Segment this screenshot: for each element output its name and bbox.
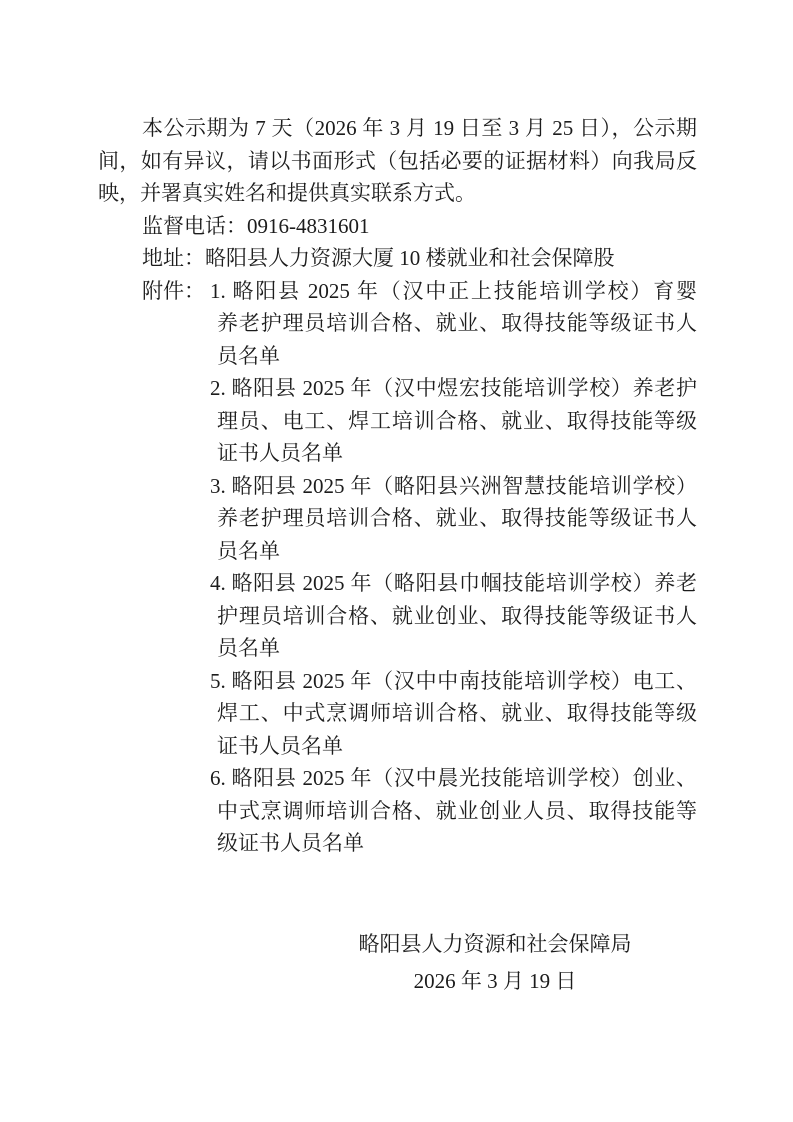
attachments-label: 附件： — [142, 275, 205, 308]
attachment-item-line: 员名单 — [98, 632, 697, 665]
attachment-item-number: 5. — [210, 669, 231, 693]
attachment-item-text: 略阳县 2025 年（略阳县巾帼技能培训学校）养老 — [231, 571, 697, 595]
attachment-item-line: 3.略阳县 2025 年（略阳县兴洲智慧技能培训学校） — [98, 470, 697, 503]
attachment-item-number: 4. — [210, 571, 231, 595]
attachment-item-line: 员名单 — [98, 340, 697, 373]
signature-block: 略阳县人力资源和社会保障局 2026 年 3 月 19 日 — [300, 926, 690, 1000]
address-line: 地址：略阳县人力资源大厦 10 楼就业和社会保障股 — [98, 242, 697, 275]
attachment-item-number: 3. — [210, 474, 231, 498]
attachment-item-text: 略阳县 2025 年（汉中正上技能培训学校）育婴员、 — [210, 279, 697, 308]
attachment-item-line: 级证书人员名单 — [98, 827, 697, 860]
issue-date: 2026 年 3 月 19 日 — [300, 963, 690, 1000]
attachment-item-line: 养老护理员培训合格、就业、取得技能等级证书人 — [98, 502, 697, 535]
attachment-item-line: 4.略阳县 2025 年（略阳县巾帼技能培训学校）养老 — [98, 567, 697, 600]
attachment-item-line: 证书人员名单 — [98, 437, 697, 470]
attachment-item-line: 焊工、中式烹调师培训合格、就业、取得技能等级 — [98, 697, 697, 730]
supervision-phone-line: 监督电话：0916-4831601 — [98, 210, 697, 243]
attachment-item-line: 5.略阳县 2025 年（汉中中南技能培训学校）电工、 — [98, 665, 697, 698]
attachment-item-line: 2.略阳县 2025 年（汉中煜宏技能培训学校）养老护 — [98, 372, 697, 405]
issuer-signature: 略阳县人力资源和社会保障局 — [300, 926, 690, 963]
attachment-item-text: 略阳县 2025 年（汉中晨光技能培训学校）创业、 — [231, 766, 697, 790]
attachment-item-line: 证书人员名单 — [98, 730, 697, 763]
notice-paragraph-line: 映，并署真实姓名和提供真实联系方式。 — [98, 177, 697, 210]
notice-paragraph-line: 本公示期为 7 天（2026 年 3 月 19 日至 3 月 25 日），公示期 — [98, 112, 697, 145]
document-body: 本公示期为 7 天（2026 年 3 月 19 日至 3 月 25 日），公示期… — [98, 112, 697, 860]
attachment-item-line: 养老护理员培训合格、就业、取得技能等级证书人 — [98, 307, 697, 340]
attachment-item-line: 理员、电工、焊工培训合格、就业、取得技能等级 — [98, 405, 697, 438]
notice-paragraph-line: 间，如有异议，请以书面形式（包括必要的证据材料）向我局反 — [98, 145, 697, 178]
attachment-item-text: 略阳县 2025 年（汉中煜宏技能培训学校）养老护 — [231, 376, 697, 400]
attachment-item-text: 略阳县 2025 年（汉中中南技能培训学校）电工、 — [231, 669, 697, 693]
attachment-item-line: 员名单 — [98, 535, 697, 568]
attachment-item-line: 6.略阳县 2025 年（汉中晨光技能培训学校）创业、 — [98, 762, 697, 795]
attachment-item-number: 6. — [210, 766, 231, 790]
document-page: 本公示期为 7 天（2026 年 3 月 19 日至 3 月 25 日），公示期… — [0, 0, 793, 1122]
attachment-item-number: 2. — [210, 376, 231, 400]
attachment-item-line: 中式烹调师培训合格、就业创业人员、取得技能等 — [98, 795, 697, 828]
attachment-item-line: 护理员培训合格、就业创业、取得技能等级证书人 — [98, 600, 697, 633]
attachment-item-text: 略阳县 2025 年（略阳县兴洲智慧技能培训学校） — [231, 474, 697, 498]
attachment-item-number: 1. — [210, 279, 231, 303]
